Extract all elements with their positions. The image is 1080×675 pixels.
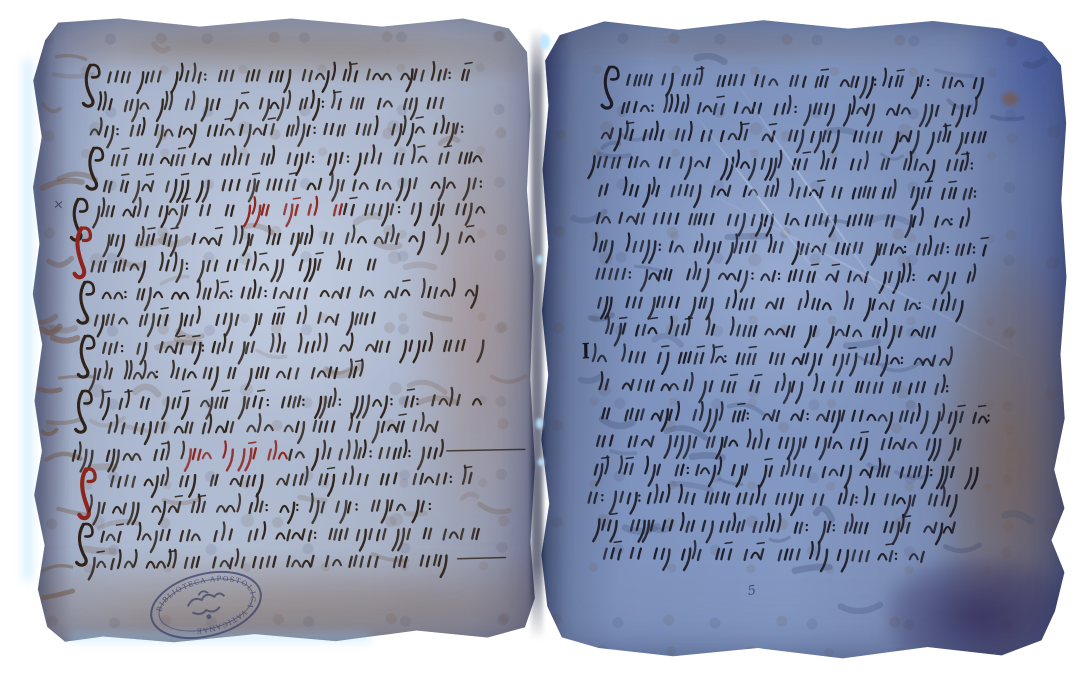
margin-numeral-mark: I [582,339,590,364]
margin-cross-mark: × [52,197,64,213]
gutter-glint [538,458,544,466]
left-page-handwriting [28,14,538,646]
right-page: I 5 [535,16,1071,663]
gutter-seam [531,28,543,640]
gutter-glint [536,418,543,429]
gutter-glint [540,34,550,50]
gutter-glint [537,255,543,264]
left-page: × [28,14,538,646]
edge-glow [24,60,32,580]
manuscript-photo: × I 5 BIBLIOTECA APOSTOLICA VATICANAE [0,0,1080,675]
